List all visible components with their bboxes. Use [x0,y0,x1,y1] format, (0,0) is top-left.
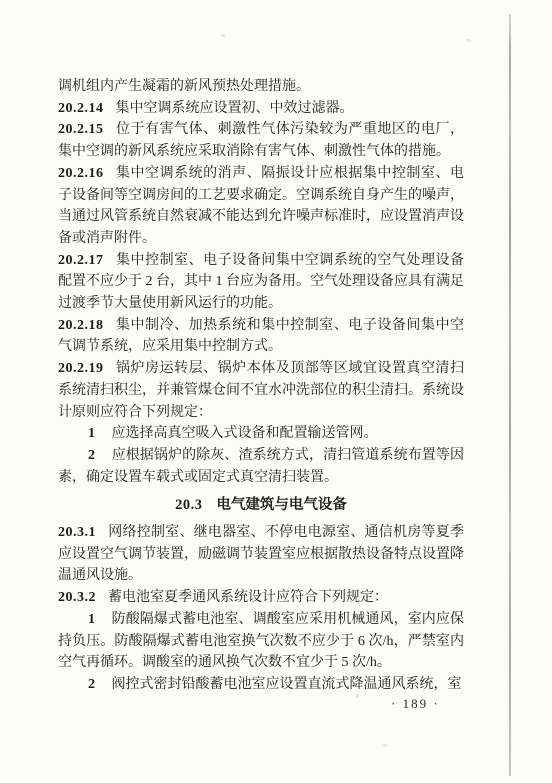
clause-number: 20.2.18 [58,318,104,333]
document-text-block: 调机组内产生凝霜的新风预热处理措施。 20.2.14集中空调系统应设置初、中效过… [58,76,464,696]
section-heading: 20.3电气建筑与电气设备 [58,495,464,517]
scan-artifact-line [509,14,511,776]
clause-number: 2 [88,677,96,692]
paragraph-text: 网络控制室、继电器室、不停电电源室、通信机房等夏季应设置空气调节装置，励磁调节装… [58,525,464,583]
page-number: · 189 · [391,696,440,712]
clause-number: 1 [88,612,96,627]
scan-speck [356,694,359,698]
paragraph-text: 防酸隔爆式蓄电池室、调酸室应采用机械通风，室内应保持负压。防酸隔爆式蓄电池室换气… [58,612,464,670]
clause-number: 20.2.17 [58,253,104,268]
paragraph: 20.2.17集中控制室、电子设备间集中空调系统的空气处理设备配置不应少于 2 … [58,250,464,315]
section-number: 20.3 [175,497,202,513]
paragraph: 20.2.18集中制冷、加热系统和集中控制室、电子设备间集中空气调节系统，应采用… [58,315,464,358]
paragraph: 1应选择高真空吸入式设备和配置输送管网。 [58,423,464,445]
paragraph: 20.2.15位于有害气体、刺激性气体污染较为严重地区的电厂，集中空调的新风系统… [58,119,464,162]
scanned-document-page: 调机组内产生凝霜的新风预热处理措施。 20.2.14集中空调系统应设置初、中效过… [0,0,552,783]
paragraph-text: 电气建筑与电气设备 [216,497,347,513]
clause-number: 20.2.19 [58,361,104,376]
paragraph: 2应根据锅炉的除灰、渣系统方式，清扫管道系统布置等因素，确定设置车载式或固定式真… [58,445,464,488]
paragraph: 20.3.1网络控制室、继电器室、不停电电源室、通信机房等夏季应设置空气调节装置… [58,522,464,587]
paragraph-text: 集中空调系统应设置初、中效过滤器。 [116,101,354,116]
paragraph: 调机组内产生凝霜的新风预热处理措施。 [58,76,464,98]
clause-number: 2 [88,448,96,463]
scan-speck [382,744,388,747]
paragraph-text: 集中控制室、电子设备间集中空调系统的空气处理设备配置不应少于 2 台，其中 1 … [58,253,464,311]
scan-speck [466,39,471,42]
paragraph-text: 集中空调系统的消声、隔振设计应根据集中控制室、电子设备间等空调房间的工艺要求确定… [58,166,464,246]
clause-number: 1 [88,426,96,441]
paragraph-text: 应根据锅炉的除灰、渣系统方式，清扫管道系统布置等因素，确定设置车载式或固定式真空… [58,448,464,485]
clause-number: 20.2.14 [58,101,104,116]
clause-number: 20.2.15 [58,122,104,137]
paragraph-text: 蓄电池室夏季通风系统设计应符合下列规定： [108,590,388,605]
paragraph-text: 应选择高真空吸入式设备和配置输送管网。 [112,426,378,441]
paragraph-text: 位于有害气体、刺激性气体污染较为严重地区的电厂，集中空调的新风系统应采取消除有害… [58,122,464,159]
paragraph: 1防酸隔爆式蓄电池室、调酸室应采用机械通风，室内应保持负压。防酸隔爆式蓄电池室换… [58,609,464,674]
clause-number: 20.3.2 [58,590,96,605]
paragraph-text: 调机组内产生凝霜的新风预热处理措施。 [58,79,310,94]
paragraph-text: 集中制冷、加热系统和集中控制室、电子设备间集中空气调节系统，应采用集中控制方式。 [58,318,464,355]
paragraph: 20.2.14集中空调系统应设置初、中效过滤器。 [58,98,464,120]
clause-number: 20.2.16 [58,166,104,181]
paragraph-text: 阀控式密封铅酸蓄电池室应设置直流式降温通风系统，室 [112,677,462,692]
clause-number: 20.3.1 [58,525,96,540]
paragraph: 2阀控式密封铅酸蓄电池室应设置直流式降温通风系统，室 [58,674,464,696]
paragraph: 20.2.16集中空调系统的消声、隔振设计应根据集中控制室、电子设备间等空调房间… [58,163,464,250]
paragraph: 20.2.19锅炉房运转层、锅炉本体及顶部等区域宜设置真空清扫系统清扫积尘，并兼… [58,358,464,423]
paragraph-text: 锅炉房运转层、锅炉本体及顶部等区域宜设置真空清扫系统清扫积尘，并兼管煤仓间不宜水… [58,361,464,419]
paragraph: 20.3.2蓄电池室夏季通风系统设计应符合下列规定： [58,587,464,609]
scan-speck [221,34,225,37]
